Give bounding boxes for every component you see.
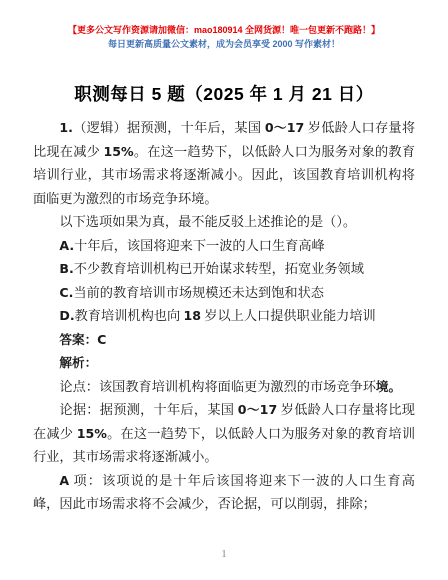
analysis-evidence-text: 0～17 [238, 402, 277, 417]
option-b: B.不少教育培训机构已开始谋求转型，拓宽业务领域 [33, 257, 415, 281]
promo-header: 【更多公文写作资源请加微信：mao180914 全网货源！唯一包更新不跑路！】 … [0, 0, 448, 50]
page-title: 职测每日 5 题（2025 年 1 月 21 日） [0, 81, 448, 106]
option-d: D.教育培训机构也向 18 岁以上人口提供职业能力培训 [33, 304, 415, 328]
document-body: 1.（逻辑）据预测，十年后，某国 0～17 岁低龄人口存量将比现在减少 15%。… [33, 116, 415, 516]
analysis-label: 解析： [33, 351, 415, 375]
analysis-option-a-text: A [59, 473, 69, 488]
document-page: 【更多公文写作资源请加微信：mao180914 全网货源！唯一包更新不跑路！】 … [0, 0, 448, 580]
option-d-text: 18 [183, 308, 201, 323]
option-c-text: C. [59, 285, 73, 300]
promo-header-line-1: 【更多公文写作资源请加微信：mao180914 全网货源！唯一包更新不跑路！】 [0, 24, 448, 36]
option-d-text: 岁以上人口提供职业能力培训 [201, 308, 376, 323]
analysis-point-text: 境。 [376, 379, 401, 394]
question-stem-text: 15% [104, 144, 134, 159]
analysis-option-a: A 项：该项说的是十年后该国将迎来下一波的人口生育高峰，因此市场需求将不会减少，… [33, 469, 415, 516]
option-c-text: 当前的教育培训市场规模还未达到饱和状态 [73, 285, 324, 300]
analysis-evidence: 论据：据预测，十年后，某国 0～17 岁低龄人口存量将比现在减少 15%。在这一… [33, 398, 415, 469]
question-stem: 1.（逻辑）据预测，十年后，某国 0～17 岁低龄人口存量将比现在减少 15%。… [33, 116, 415, 210]
option-b-text: B. [59, 261, 73, 276]
promo-header-line-2: 每日更新高质量公文素材，成为会员享受 2000 写作素材！ [0, 38, 448, 50]
question-prompt: 以下选项如果为真，最不能反驳上述推论的是（）。 [33, 210, 415, 234]
question-stem-text: （逻辑）据预测，十年后，某国 [73, 120, 265, 135]
question-prompt-text: 以下选项如果为真，最不能反驳上述推论的是（）。 [59, 214, 356, 229]
option-d-text: 教育培训机构也向 [75, 308, 184, 323]
option-d-text: D. [59, 308, 74, 323]
analysis-point-text: 论点：该国教育培训机构将面临更为激烈的市场竞争环 [59, 379, 376, 394]
option-c: C.当前的教育培训市场规模还未达到饱和状态 [33, 281, 415, 305]
answer-text: 答案：C [59, 332, 106, 347]
option-a-text: 十年后，该国将迎来下一波的人口生育高峰 [74, 238, 325, 253]
question-stem-text: 0～17 [265, 120, 304, 135]
page-number: 1 [0, 548, 448, 560]
answer: 答案：C [33, 328, 415, 352]
option-a: A.十年后，该国将迎来下一波的人口生育高峰 [33, 234, 415, 258]
analysis-point: 论点：该国教育培训机构将面临更为激烈的市场竞争环境。 [33, 375, 415, 399]
option-a-text: A. [59, 238, 74, 253]
analysis-option-a-text: 项：该项说的是十年后该国将迎来下一波的人口生育高峰，因此市场需求将不会减少，否论… [33, 473, 415, 512]
option-b-text: 不少教育培训机构已开始谋求转型，拓宽业务领域 [74, 261, 364, 276]
analysis-label-text: 解析： [59, 355, 97, 370]
analysis-evidence-text: 论据：据预测，十年后，某国 [59, 402, 237, 417]
analysis-evidence-text: 15% [77, 426, 107, 441]
question-stem-text: 1. [59, 120, 73, 135]
